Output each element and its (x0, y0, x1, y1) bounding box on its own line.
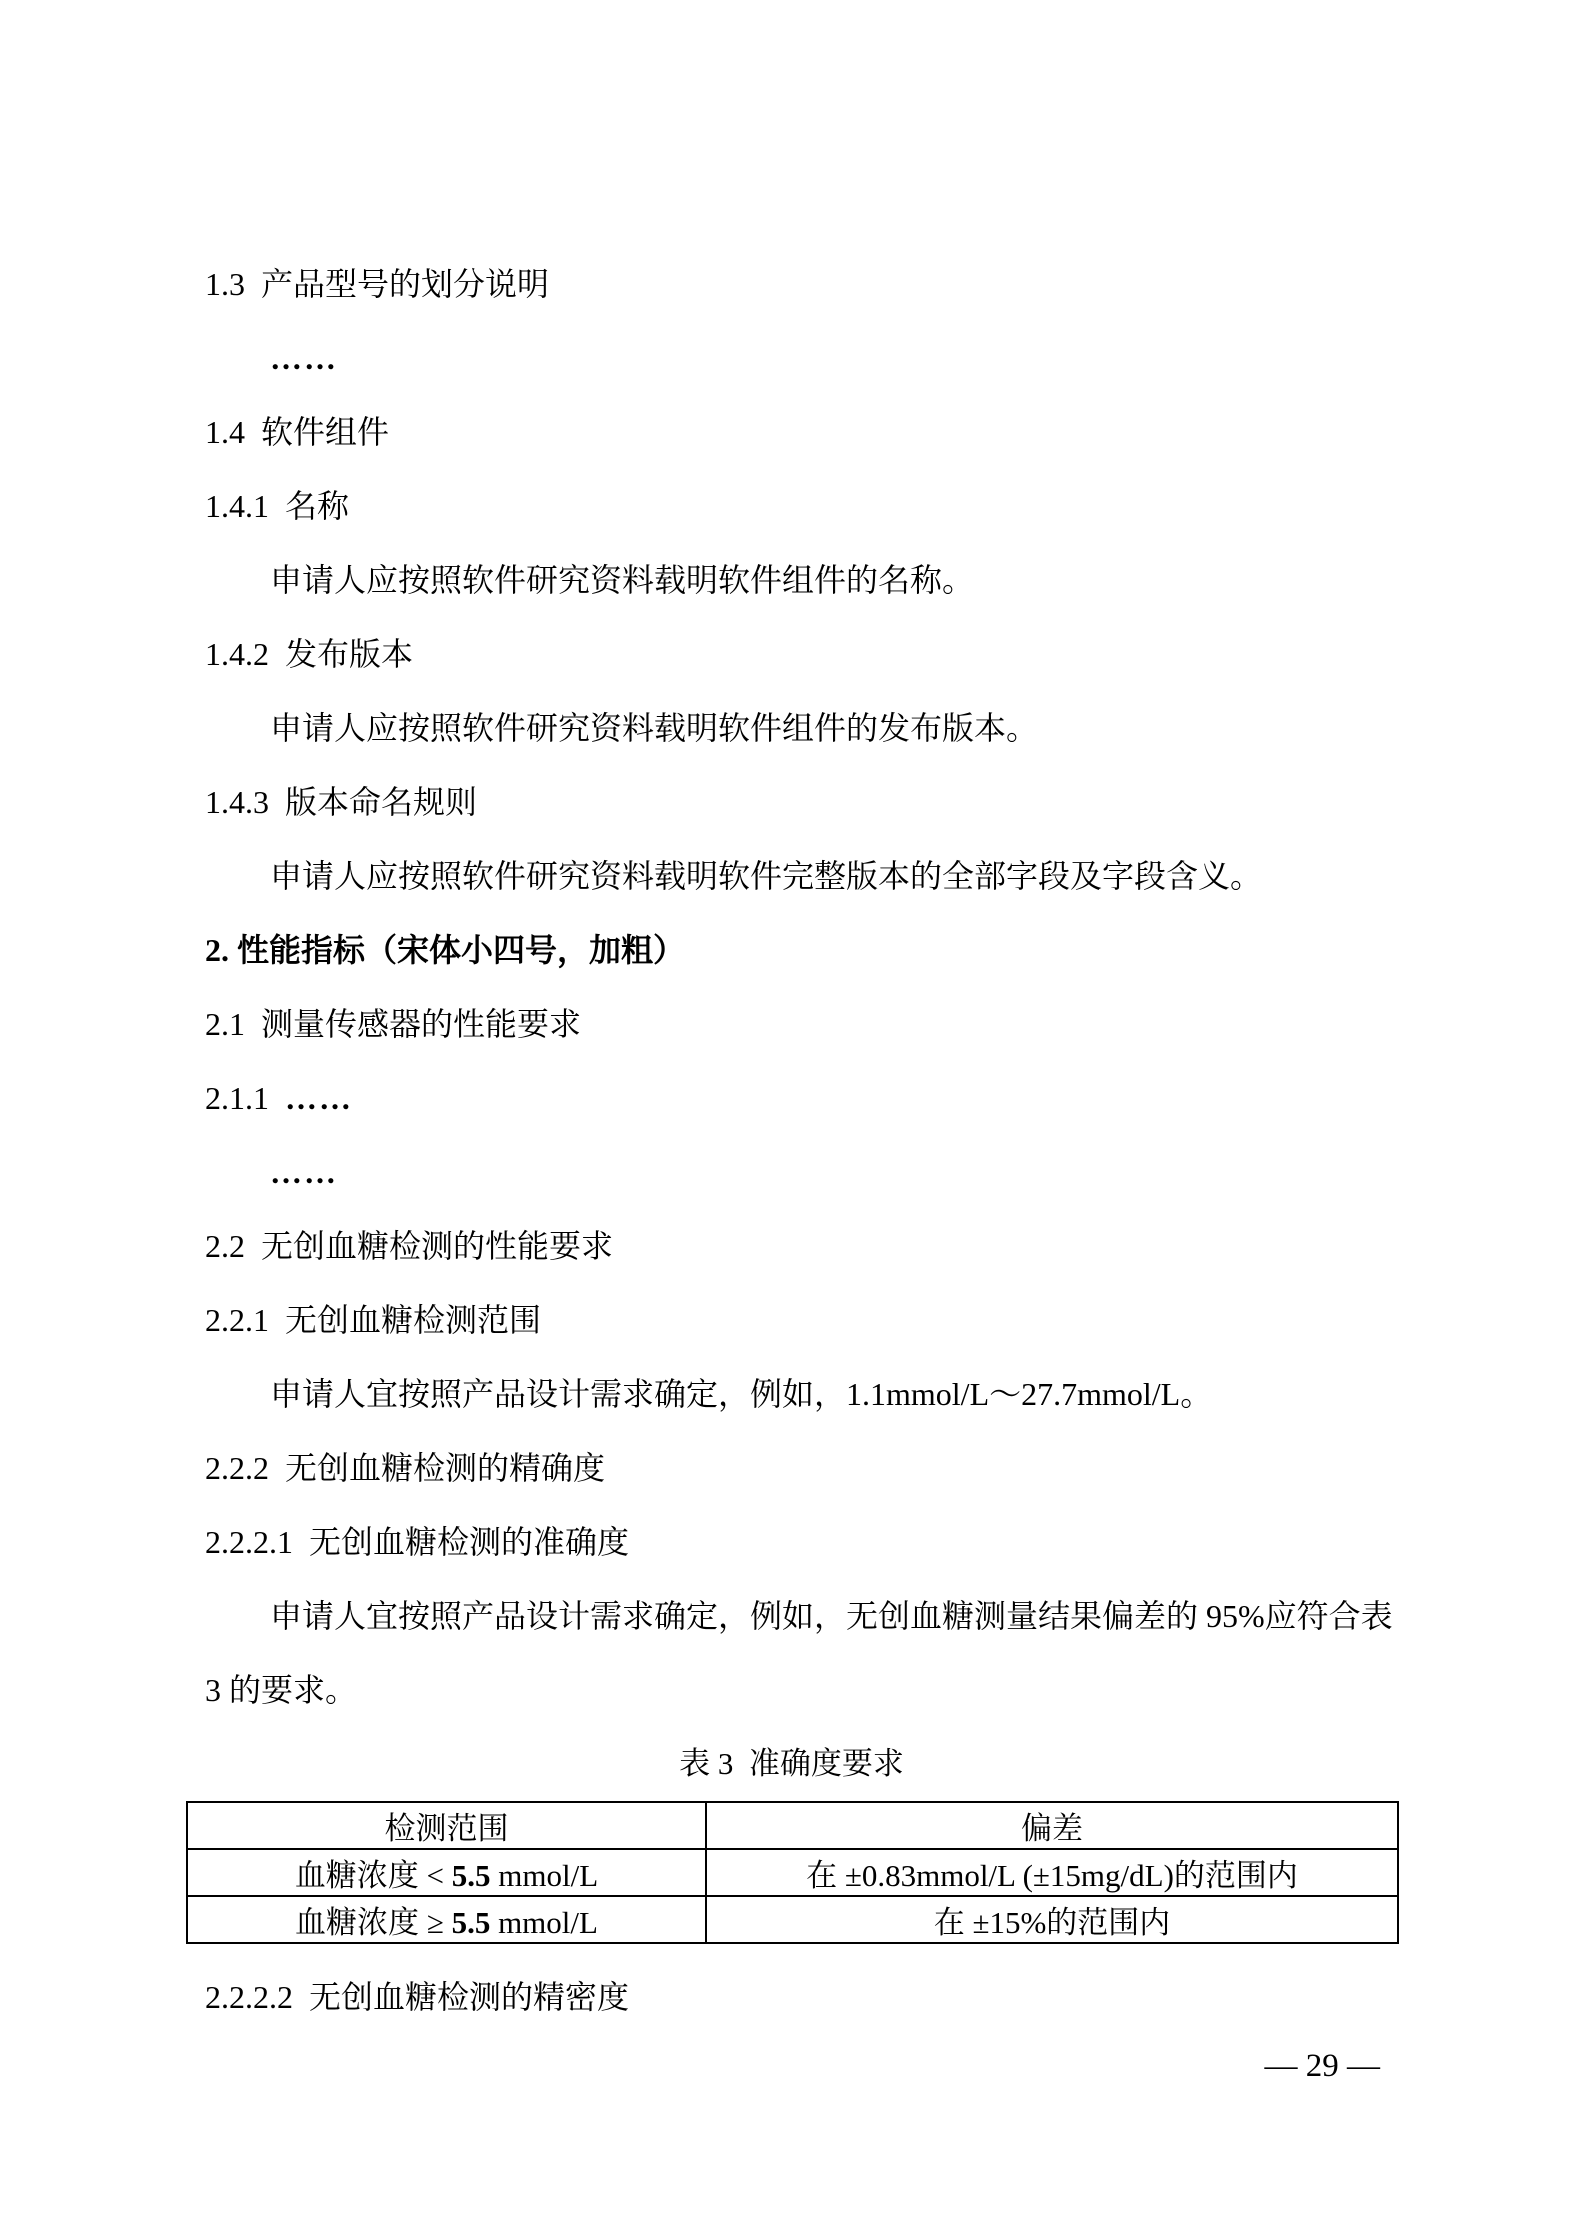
paragraph-2-2-1: 申请人宜按照产品设计需求确定，例如，1.1mmol/L～27.7mmol/L。 (270, 1357, 1212, 1431)
section-number-2-1-1: 2.1.1 (205, 1080, 285, 1116)
section-heading-1-3: 1.3 产品型号的划分说明 (205, 247, 549, 321)
table-3-caption: 表 3 准确度要求 (186, 1727, 1397, 1801)
paragraph-1-4-3: 申请人应按照软件研究资料载明软件完整版本的全部字段及字段含义。 (270, 839, 1262, 913)
section-heading-1-4-2: 1.4.2 发布版本 (205, 617, 413, 691)
section-heading-2-2-2: 2.2.2 无创血糖检测的精确度 (205, 1431, 605, 1505)
table-cell-range-high: 血糖浓度 ≥ 5.5 mmol/L (187, 1896, 706, 1943)
document-page: 1.3 产品型号的划分说明 …… 1.4 软件组件 1.4.1 名称 申请人应按… (0, 0, 1580, 2237)
section-heading-2-2-1: 2.2.1 无创血糖检测范围 (205, 1283, 541, 1357)
section-heading-1-4: 1.4 软件组件 (205, 395, 389, 469)
section-heading-2-1-1: 2.1.1 …… (205, 1061, 353, 1135)
table-header-deviation: 偏差 (706, 1802, 1398, 1849)
table-cell-deviation-high: 在 ±15%的范围内 (706, 1896, 1398, 1943)
table-row: 血糖浓度 ≥ 5.5 mmol/L 在 ±15%的范围内 (187, 1896, 1398, 1943)
table-header-range: 检测范围 (187, 1802, 706, 1849)
table-header-row: 检测范围 偏差 (187, 1802, 1398, 1849)
ellipsis-placeholder-2: …… (285, 1080, 353, 1116)
section-heading-2-2: 2.2 无创血糖检测的性能要求 (205, 1209, 613, 1283)
section-heading-2-2-2-2: 2.2.2.2 无创血糖检测的精密度 (205, 1960, 629, 2034)
paragraph-2-2-2-1-line1: 申请人宜按照产品设计需求确定，例如，无创血糖测量结果偏差的 95%应符合表 (270, 1579, 1393, 1653)
paragraph-1-4-1: 申请人应按照软件研究资料载明软件组件的名称。 (270, 543, 974, 617)
table-row: 血糖浓度 < 5.5 mmol/L 在 ±0.83mmol/L (±15mg/d… (187, 1849, 1398, 1896)
paragraph-1-4-2: 申请人应按照软件研究资料载明软件组件的发布版本。 (270, 691, 1038, 765)
ellipsis-placeholder-3: …… (270, 1135, 338, 1209)
section-heading-1-4-3: 1.4.3 版本命名规则 (205, 765, 477, 839)
paragraph-2-2-2-1-line2: 3 的要求。 (205, 1653, 357, 1727)
section-heading-2-2-2-1: 2.2.2.1 无创血糖检测的准确度 (205, 1505, 629, 1579)
accuracy-requirements-table: 检测范围 偏差 血糖浓度 < 5.5 mmol/L 在 ±0.83mmol/L … (186, 1801, 1399, 1944)
section-heading-2: 2. 性能指标（宋体小四号，加粗） (205, 913, 685, 987)
table-cell-deviation-low: 在 ±0.83mmol/L (±15mg/dL)的范围内 (706, 1849, 1398, 1896)
table-cell-range-low: 血糖浓度 < 5.5 mmol/L (187, 1849, 706, 1896)
section-heading-1-4-1: 1.4.1 名称 (205, 469, 349, 543)
section-heading-2-1: 2.1 测量传感器的性能要求 (205, 987, 581, 1061)
ellipsis-placeholder-1: …… (270, 321, 338, 395)
page-number: — 29 — (1265, 2029, 1381, 2103)
